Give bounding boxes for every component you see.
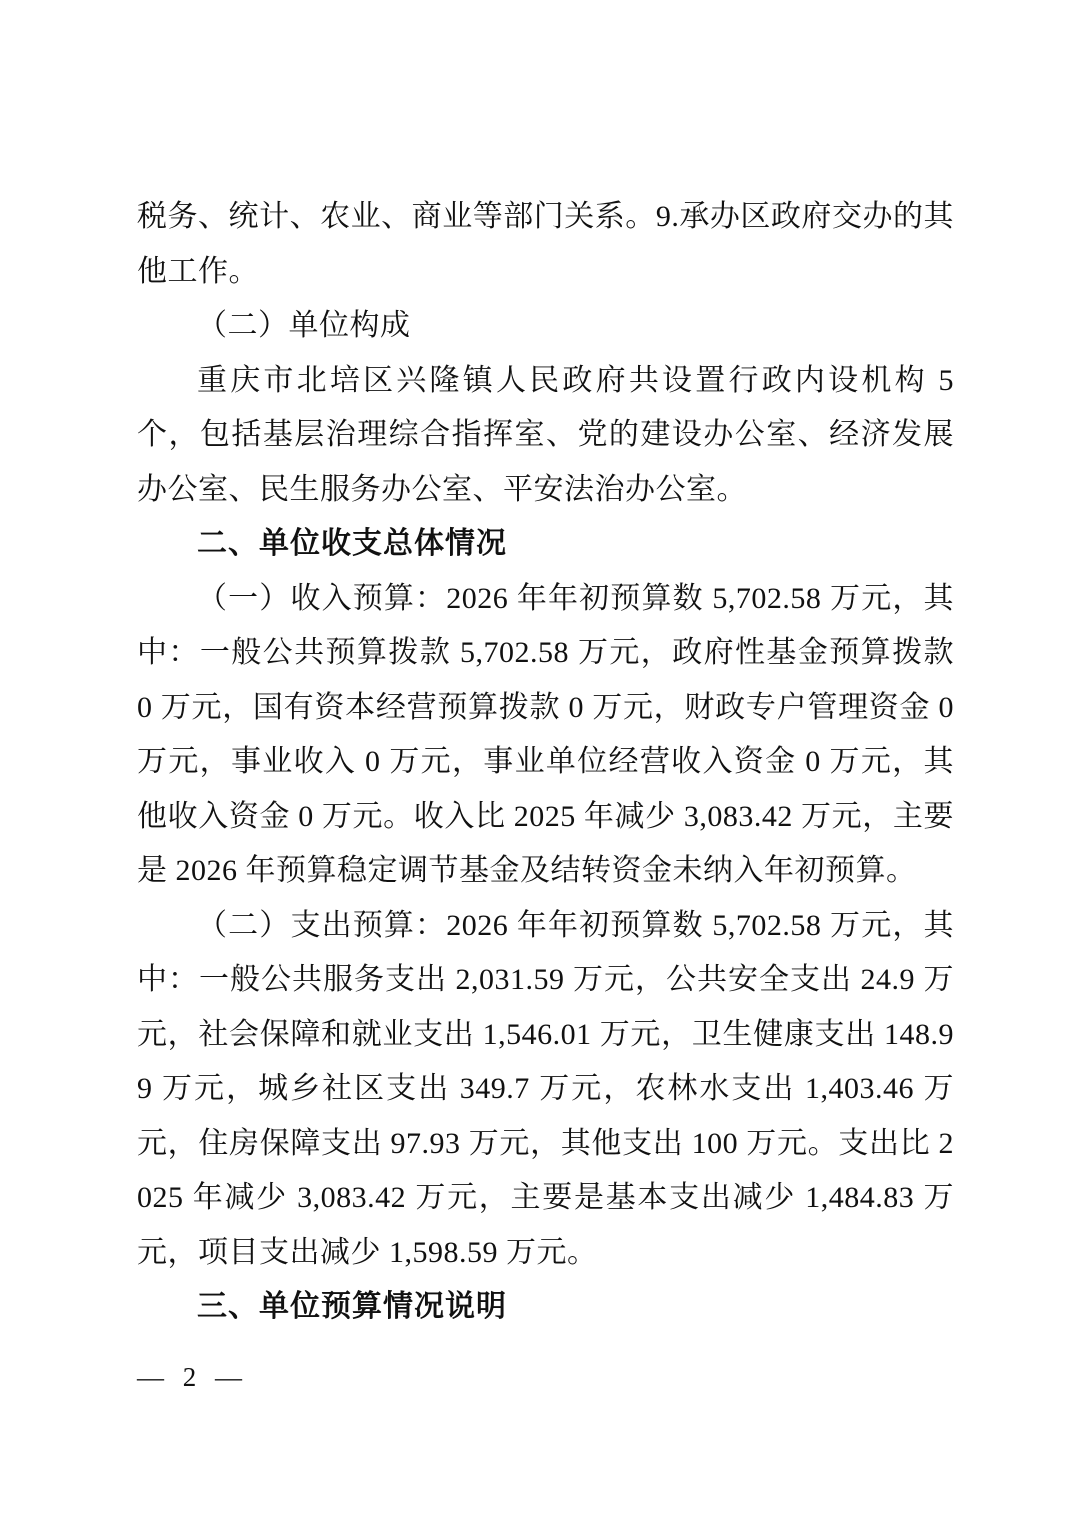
section-heading-budget-explanation: 三、单位预算情况说明 (137, 1280, 954, 1335)
paragraph-duties-continuation: 税务、统计、农业、商业等部门关系。9.承办区政府交办的其他工作。 (137, 190, 954, 299)
paragraph-unit-composition-title: （二）单位构成 (137, 299, 954, 354)
page-footer: — 2 — (137, 1360, 248, 1394)
paragraph-unit-composition-body: 重庆市北培区兴隆镇人民政府共设置行政内设机构 5 个，包括基层治理综合指挥室、党… (137, 354, 954, 518)
document-page: 税务、统计、农业、商业等部门关系。9.承办区政府交办的其他工作。 （二）单位构成… (0, 0, 1074, 1520)
document-body: 税务、统计、农业、商业等部门关系。9.承办区政府交办的其他工作。 （二）单位构成… (137, 190, 954, 1335)
section-heading-revenue-expenditure-overview: 二、单位收支总体情况 (137, 517, 954, 572)
paragraph-income-budget: （一）收入预算：2026 年年初预算数 5,702.58 万元，其中：一般公共预… (137, 572, 954, 899)
page-number: — 2 — (137, 1362, 248, 1392)
paragraph-expenditure-budget: （二）支出预算：2026 年年初预算数 5,702.58 万元，其中：一般公共服… (137, 899, 954, 1281)
